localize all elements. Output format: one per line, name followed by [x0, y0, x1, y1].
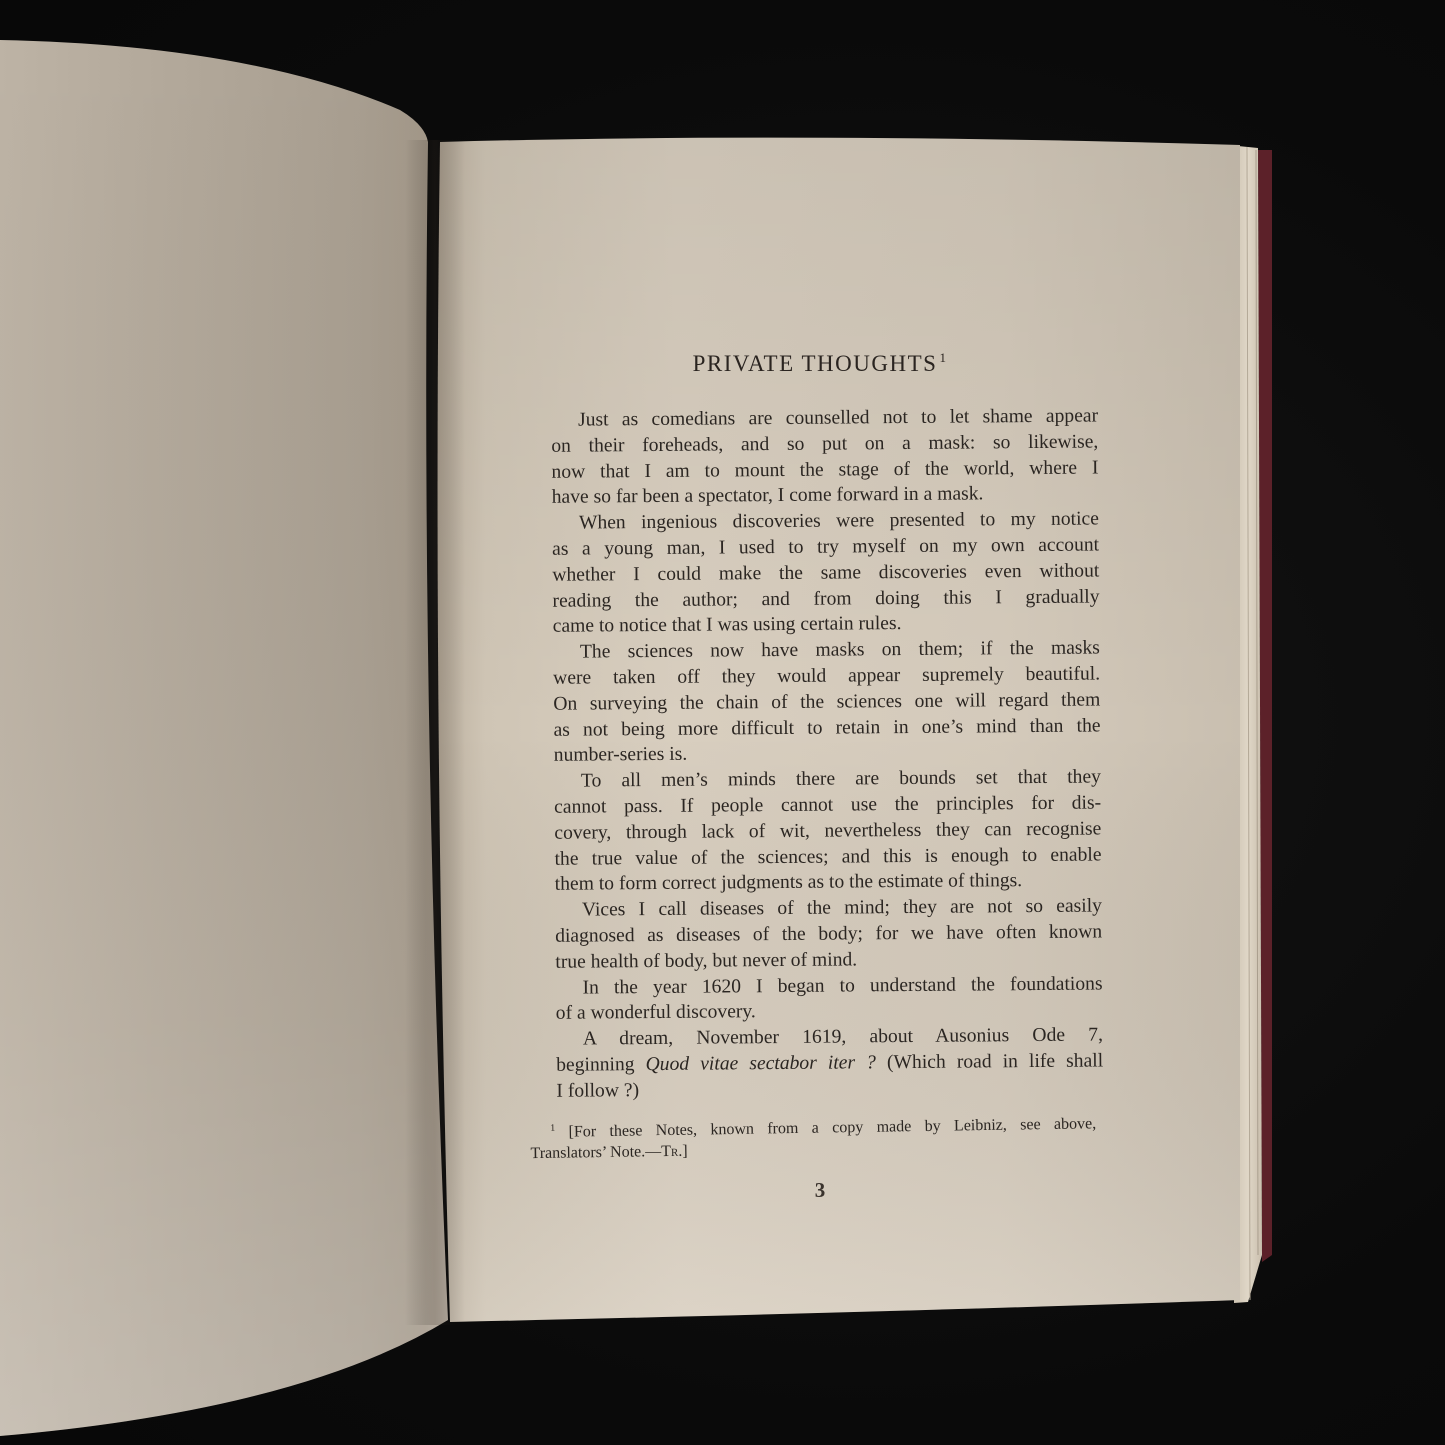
text-line: reading the author; and from doing this … — [525, 584, 1099, 614]
paragraph: To all men’s minds there are bounds set … — [527, 765, 1102, 898]
footnote-text: .] — [678, 1143, 688, 1160]
text-line: diagnosed as diseases of the body; for w… — [528, 919, 1102, 949]
title-footnote-marker: 1 — [939, 350, 947, 365]
paragraph: The sciences now have masks on them; if … — [526, 636, 1101, 769]
book-photo-scene: PRIVATE THOUGHTS1 Just as comedians are … — [0, 0, 1445, 1445]
text-fragment: (Which road in life shall — [876, 1050, 1103, 1073]
text-line: On surveying the chain of the sciences o… — [526, 687, 1100, 717]
gutter-shadow — [405, 140, 465, 1325]
paragraph: A dream, November 1619, about Ausonius O… — [529, 1023, 1104, 1105]
footnote-text: Translators’ Note.— — [530, 1143, 661, 1162]
paragraph: When ingenious discoveries were presente… — [525, 507, 1100, 640]
footnote-marker: 1 — [550, 1123, 555, 1134]
paragraph: Vices I call diseases of the mind; they … — [528, 894, 1103, 976]
page-number: 3 — [780, 1178, 860, 1203]
paragraph: In the year 1620 I began to understand t… — [528, 971, 1102, 1027]
paragraph: Just as comedians are counselled not to … — [524, 403, 1099, 511]
text-line: as not being more difficult to retain in… — [526, 713, 1100, 743]
footnote: 1 [For these Notes, known from a copy ma… — [540, 1109, 1097, 1164]
text-fragment: beginning — [556, 1054, 646, 1076]
text-line: I follow ?) — [529, 1074, 1103, 1104]
latin-quote: Quod vitae sectabor iter ? — [646, 1052, 877, 1075]
translator-abbrev: Tr — [661, 1143, 678, 1160]
body-text: Just as comedians are counselled not to … — [524, 403, 1103, 1104]
text-line: on their foreheads, and so put on a mask… — [524, 429, 1098, 459]
text-line: beginning Quod vitae sectabor iter ? (Wh… — [529, 1048, 1103, 1078]
chapter-title-text: PRIVATE THOUGHTS — [693, 351, 938, 376]
text-line: In the year 1620 I began to understand t… — [528, 971, 1102, 1001]
text-line: whether I could make the same discoverie… — [525, 558, 1099, 588]
chapter-title: PRIVATE THOUGHTS1 — [520, 350, 1120, 377]
text-line: covery, through lack of wit, nevertheles… — [527, 816, 1101, 846]
text-line: now that I am to mount the stage of the … — [524, 455, 1098, 485]
